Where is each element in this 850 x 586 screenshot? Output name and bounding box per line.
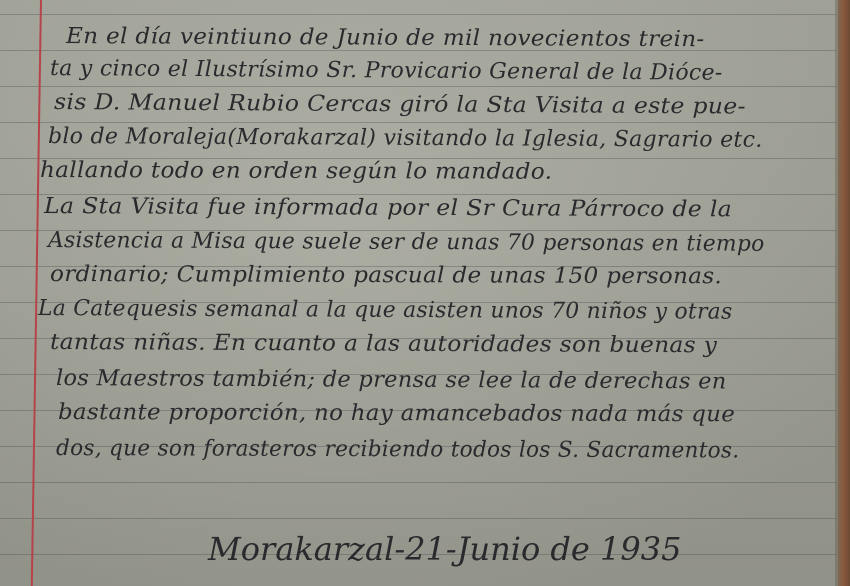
text-line-9: La Catequesis semanal a la que asisten u… [38,296,733,325]
ruled-line [0,122,836,123]
text-line-1: En el día veintiuno de Junio de mil nove… [66,24,705,52]
red-margin-line [31,0,42,586]
book-binding [838,0,850,586]
ruled-line [0,14,836,15]
signature-date-line: Morakarzal-21-Junio de 1935 [208,530,681,568]
text-line-4: blo de Moraleja(Morakarzal) visitando la… [48,124,763,153]
text-line-8: ordinario; Cumplimiento pascual de unas … [50,262,722,289]
text-line-6: La Sta Visita fue informada por el Sr Cu… [44,194,732,222]
ruled-line [0,86,836,87]
text-line-11: los Maestros también; de prensa se lee l… [56,366,727,394]
text-line-7: Asistencia a Misa que suele ser de unas … [48,228,765,257]
document-page: En el día veintiuno de Junio de mil nove… [0,0,850,586]
text-line-12: bastante proporción, no hay amancebados … [58,400,735,427]
text-line-3: sis D. Manuel Rubio Cercas giró la Sta V… [54,90,746,120]
ruled-line [0,518,836,519]
text-line-5: hallando todo en orden según lo mandado. [40,158,552,185]
text-line-10: tantas niñas. En cuanto a las autoridade… [50,330,717,358]
text-line-13: dos, que son forasteros recibiendo todos… [56,436,740,463]
text-line-2: ta y cinco el Ilustrísimo Sr. Provicario… [50,56,723,86]
ruled-line [0,482,836,483]
